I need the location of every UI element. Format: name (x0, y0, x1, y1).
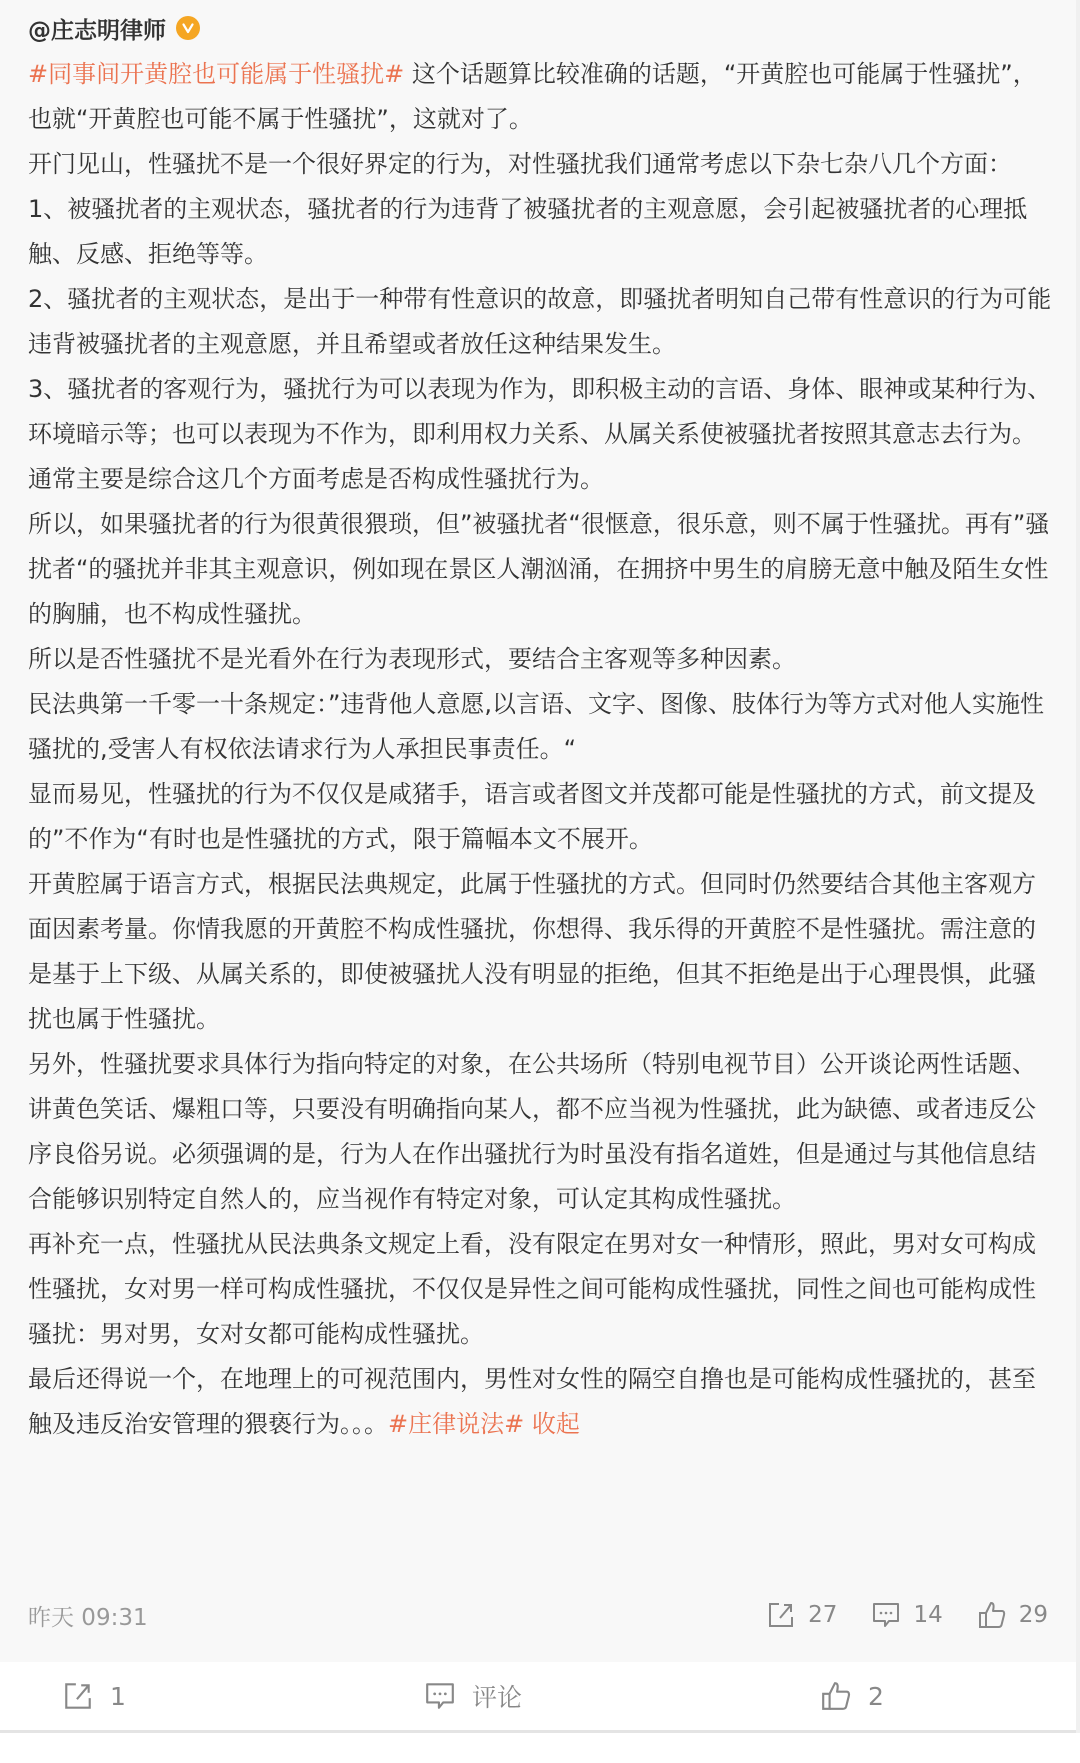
verified-v-icon (176, 16, 200, 40)
paragraph: 所以是否性骚扰不是光看外在行为表现形式，要结合主客观等多种因素。 (28, 637, 1058, 682)
paragraph: 1、被骚扰者的主观状态，骚扰者的行为违背了被骚扰者的主观意愿，会引起被骚扰者的心… (28, 187, 1058, 277)
action-bar: 1 评论 2 (0, 1662, 1076, 1733)
paragraph: 最后还得说一个，在地理上的可视范围内，男性对女性的隔空自撸也是可能构成性骚扰的，… (28, 1357, 1058, 1447)
paragraph: 开黄腔属于语言方式，根据民法典规定，此属于性骚扰的方式。但同时仍然要结合其他主客… (28, 862, 1058, 1042)
comment-icon (424, 1680, 456, 1712)
like-stat[interactable]: 29 (977, 1600, 1048, 1630)
end-topic-tag-link[interactable]: #庄律说法# (388, 1410, 524, 1438)
thumbs-up-icon (977, 1600, 1007, 1630)
author-line: @庄志明律师 (28, 10, 200, 46)
paragraph: 另外，性骚扰要求具体行为指向特定的对象，在公共场所（特别电视节目）公开谈论两性话… (28, 1042, 1058, 1222)
paragraph: 民法典第一千零一十条规定：”违背他人意愿,以言语、文字、图像、肢体行为等方式对他… (28, 682, 1058, 772)
topic-tag-link[interactable]: #同事间开黄腔也可能属于性骚扰# (28, 60, 404, 88)
retweeted-post-card[interactable]: @庄志明律师 #同事间开黄腔也可能属于性骚扰# 这个话题算比较准确的话题，“开黄… (0, 0, 1076, 1662)
post-body: #同事间开黄腔也可能属于性骚扰# 这个话题算比较准确的话题，“开黄腔也可能属于性… (28, 52, 1058, 1447)
paragraph: 显而易见，性骚扰的行为不仅仅是咸猪手，语言或者图文并茂都可能是性骚扰的方式，前文… (28, 772, 1058, 862)
comment-stat[interactable]: 14 (871, 1600, 942, 1630)
paragraph: 3、骚扰者的客观行为，骚扰行为可以表现为作为，即积极主动的言语、身体、眼神或某种… (28, 367, 1058, 457)
author-name[interactable]: @庄志明律师 (28, 12, 166, 45)
paragraph: 开门见山，性骚扰不是一个很好界定的行为，对性骚扰我们通常考虑以下杂七杂八几个方面… (28, 142, 1058, 187)
paragraph: 2、骚扰者的主观状态，是出于一种带有性意识的故意，即骚扰者明知自己带有性意识的行… (28, 277, 1058, 367)
repost-icon (62, 1680, 94, 1712)
like-button[interactable]: 2 (820, 1662, 884, 1730)
repost-stat[interactable]: 27 (766, 1600, 837, 1630)
comment-button[interactable]: 评论 (424, 1662, 522, 1730)
repost-icon (766, 1600, 796, 1630)
post-stats: 27 14 29 (732, 1600, 1048, 1630)
paragraph: 再补充一点，性骚扰从民法典条文规定上看，没有限定在男对女一种情形，照此，男对女可… (28, 1222, 1058, 1357)
thumbs-up-icon (820, 1680, 852, 1712)
post-timestamp[interactable]: 昨天 09:31 (28, 1599, 148, 1632)
paragraph: 通常主要是综合这几个方面考虑是否构成性骚扰行为。 (28, 457, 1058, 502)
post-meta-row: 昨天 09:31 27 14 29 (28, 1595, 1048, 1635)
card-edge-divider (1076, 0, 1080, 1733)
paragraph: 所以，如果骚扰者的行为很黄很猥琐，但”被骚扰者“很惬意，很乐意，则不属于性骚扰。… (28, 502, 1058, 637)
comment-icon (871, 1600, 901, 1630)
repost-button[interactable]: 1 (62, 1662, 126, 1730)
paragraph: #同事间开黄腔也可能属于性骚扰# 这个话题算比较准确的话题，“开黄腔也可能属于性… (28, 52, 1058, 142)
collapse-link[interactable]: 收起 (532, 1410, 580, 1438)
